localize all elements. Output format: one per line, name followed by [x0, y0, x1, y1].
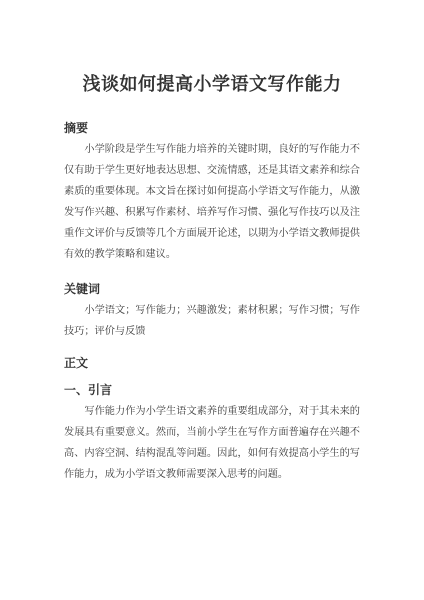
document-content: 浅谈如何提高小学语文写作能力 摘要 小学阶段是学生写作能力培养的关键时期，良好的…: [0, 70, 424, 485]
main-text-heading: 正文: [64, 353, 360, 374]
introduction-heading: 一、引言: [64, 380, 360, 401]
keywords-paragraph: 小学语文；写作能力；兴趣激发；素材积累；写作习惯；写作技巧；评价与反馈: [64, 300, 360, 342]
document-page: 浅谈如何提高小学语文写作能力 摘要 小学阶段是学生写作能力培养的关键时期，良好的…: [0, 0, 424, 600]
document-title: 浅谈如何提高小学语文写作能力: [64, 70, 360, 98]
keywords-heading: 关键词: [64, 279, 360, 300]
introduction-paragraph: 写作能力作为小学生语文素养的重要组成部分，对于其未来的发展具有重要意义。然而，当…: [64, 401, 360, 485]
abstract-heading: 摘要: [64, 118, 360, 139]
abstract-paragraph: 小学阶段是学生写作能力培养的关键时期，良好的写作能力不仅有助于学生更好地表达思想…: [64, 139, 360, 265]
